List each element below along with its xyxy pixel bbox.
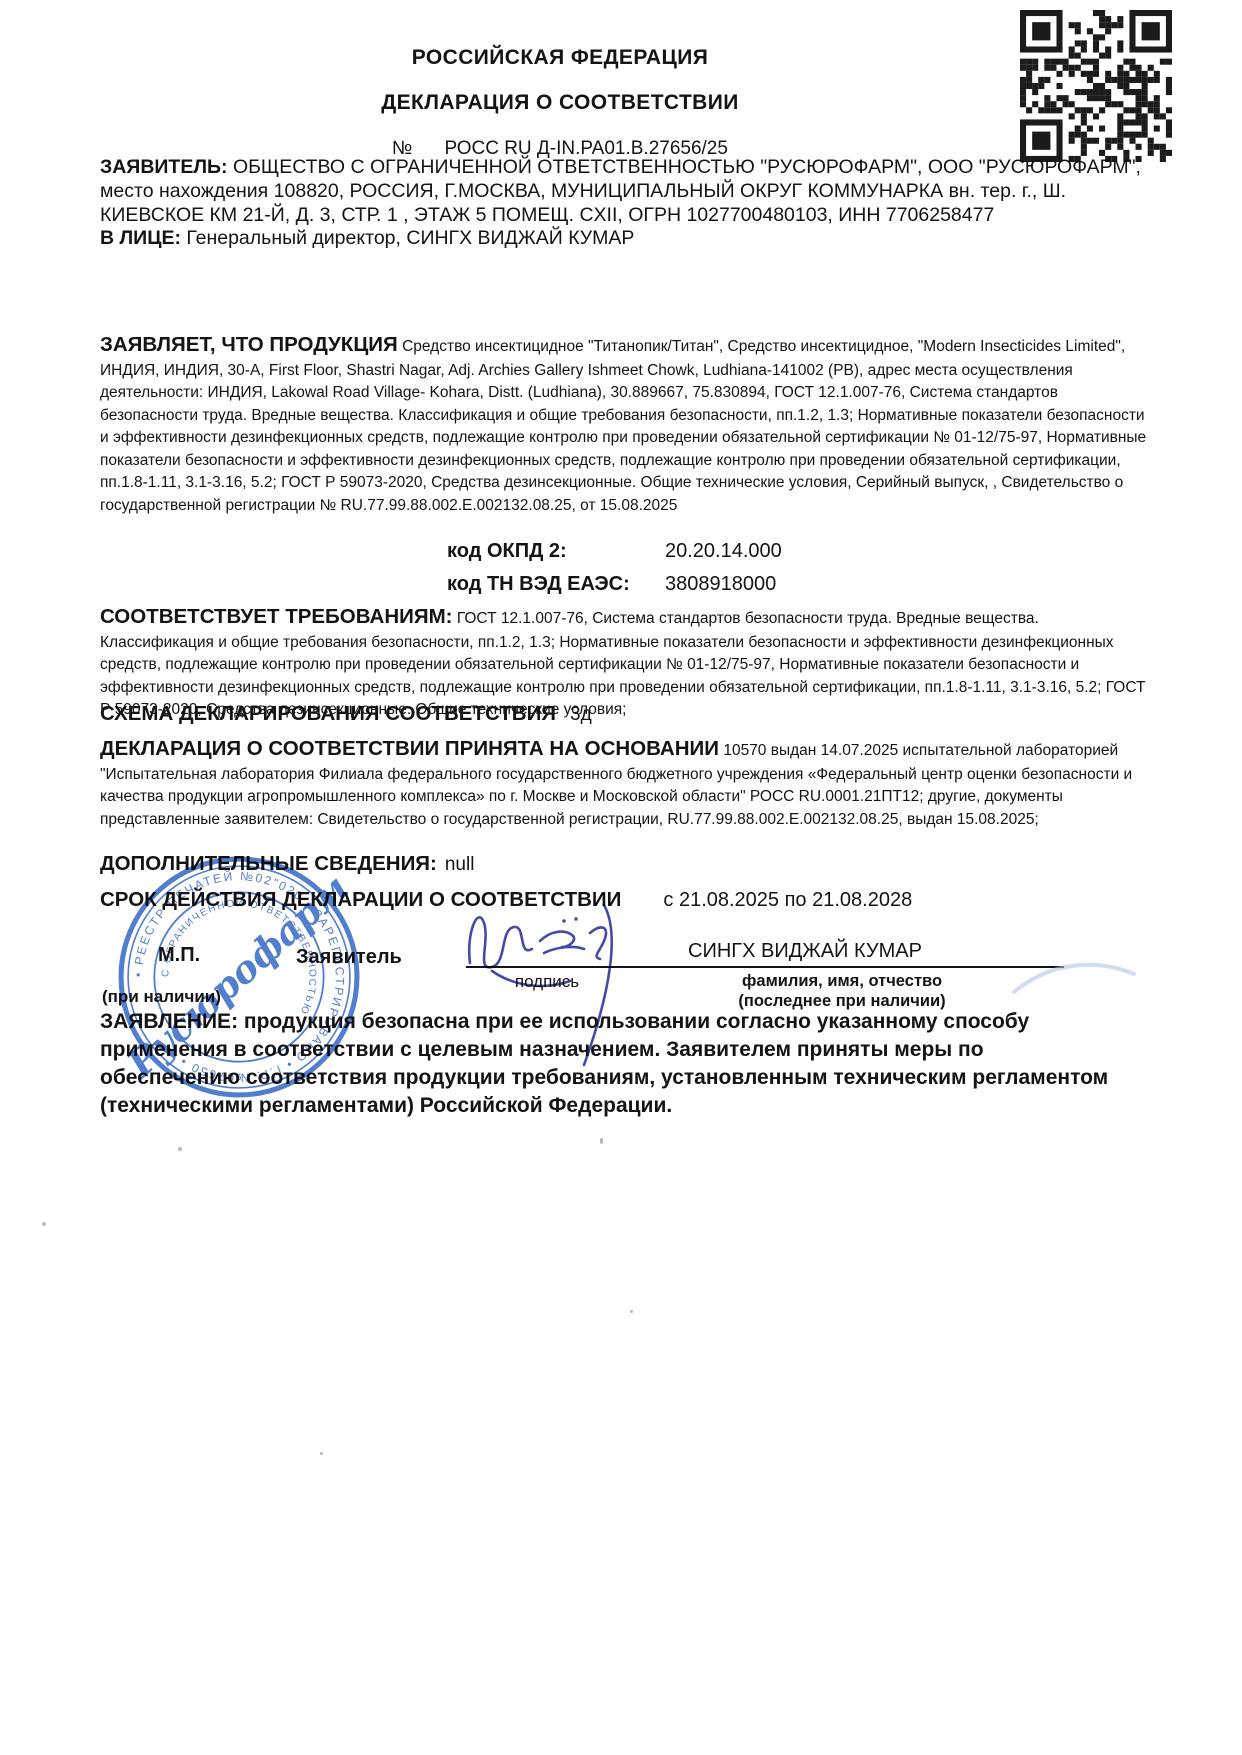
scan-speck [600, 1138, 603, 1144]
product-text: Средство инсектицидное "Титанопик/Титан"… [100, 338, 1146, 514]
declaration-document: РОССИЙСКАЯ ФЕДЕРАЦИЯ ДЕКЛАРАЦИЯ О СООТВЕ… [0, 0, 1242, 1755]
okpd2-row: код ОКПД 2:20.20.14.000 [447, 540, 1047, 563]
document-header: РОССИЙСКАЯ ФЕДЕРАЦИЯ ДЕКЛАРАЦИЯ О СООТВЕ… [0, 46, 1120, 160]
in-person-label: В ЛИЦЕ: [100, 227, 181, 249]
scheme-section: СХЕМА ДЕКЛАРИРОВАНИЯ СООТВЕТСТВИЯ3д [100, 702, 1148, 726]
okpd2-value: 20.20.14.000 [665, 540, 782, 562]
in-person-text: Генеральный директор, СИНГХ ВИДЖАЙ КУМАР [186, 227, 634, 249]
ink-smudge [1008, 950, 1140, 1002]
applicant-label: ЗАЯВИТЕЛЬ: [100, 156, 228, 178]
codes-section: код ОКПД 2:20.20.14.000 код ТН ВЭД ЕАЭС:… [447, 540, 1047, 606]
additional-info-value: null [445, 854, 475, 875]
scan-speck [178, 1147, 182, 1151]
basis-label: ДЕКЛАРАЦИЯ О СООТВЕТСТВИИ ПРИНЯТА НА ОСН… [100, 737, 719, 760]
signatory-name: СИНГХ ВИДЖАЙ КУМАР [688, 940, 922, 963]
tnved-row: код ТН ВЭД ЕАЭС:3808918000 [447, 573, 1047, 596]
applicant-text: ОБЩЕСТВО С ОГРАНИЧЕННОЙ ОТВЕТСТВЕННОСТЬЮ… [100, 156, 1141, 226]
company-stamp: • РЕЕСТР ПЕЧАТЕЙ №02"020 • ЗАРЕГИСТРИРОВ… [113, 851, 365, 1103]
applicant-section: ЗАЯВИТЕЛЬ: ОБЩЕСТВО С ОГРАНИЧЕННОЙ ОТВЕТ… [100, 156, 1148, 251]
product-label: ЗАЯВЛЯЕТ, ЧТО ПРОДУКЦИЯ [100, 333, 398, 356]
product-section: ЗАЯВЛЯЕТ, ЧТО ПРОДУКЦИЯ Средство инсекти… [100, 330, 1148, 517]
scan-speck [42, 1222, 46, 1226]
scheme-label: СХЕМА ДЕКЛАРИРОВАНИЯ СООТВЕТСТВИЯ [100, 702, 556, 725]
requirements-label: СООТВЕТСТВУЕТ ТРЕБОВАНИЯМ: [100, 605, 453, 628]
document-title: ДЕКЛАРАЦИЯ О СООТВЕТСТВИИ [0, 91, 1120, 115]
okpd2-label: код ОКПД 2: [447, 540, 665, 563]
basis-section: ДЕКЛАРАЦИЯ О СООТВЕТСТВИИ ПРИНЯТА НА ОСН… [100, 734, 1148, 831]
scan-speck [320, 1452, 323, 1455]
tnved-value: 3808918000 [665, 573, 776, 595]
country-title: РОССИЙСКАЯ ФЕДЕРАЦИЯ [0, 46, 1120, 70]
validity-value: с 21.08.2025 по 21.08.2028 [663, 889, 912, 911]
scheme-value: 3д [570, 704, 592, 725]
scan-speck [630, 1310, 633, 1313]
tnved-label: код ТН ВЭД ЕАЭС: [447, 573, 665, 596]
